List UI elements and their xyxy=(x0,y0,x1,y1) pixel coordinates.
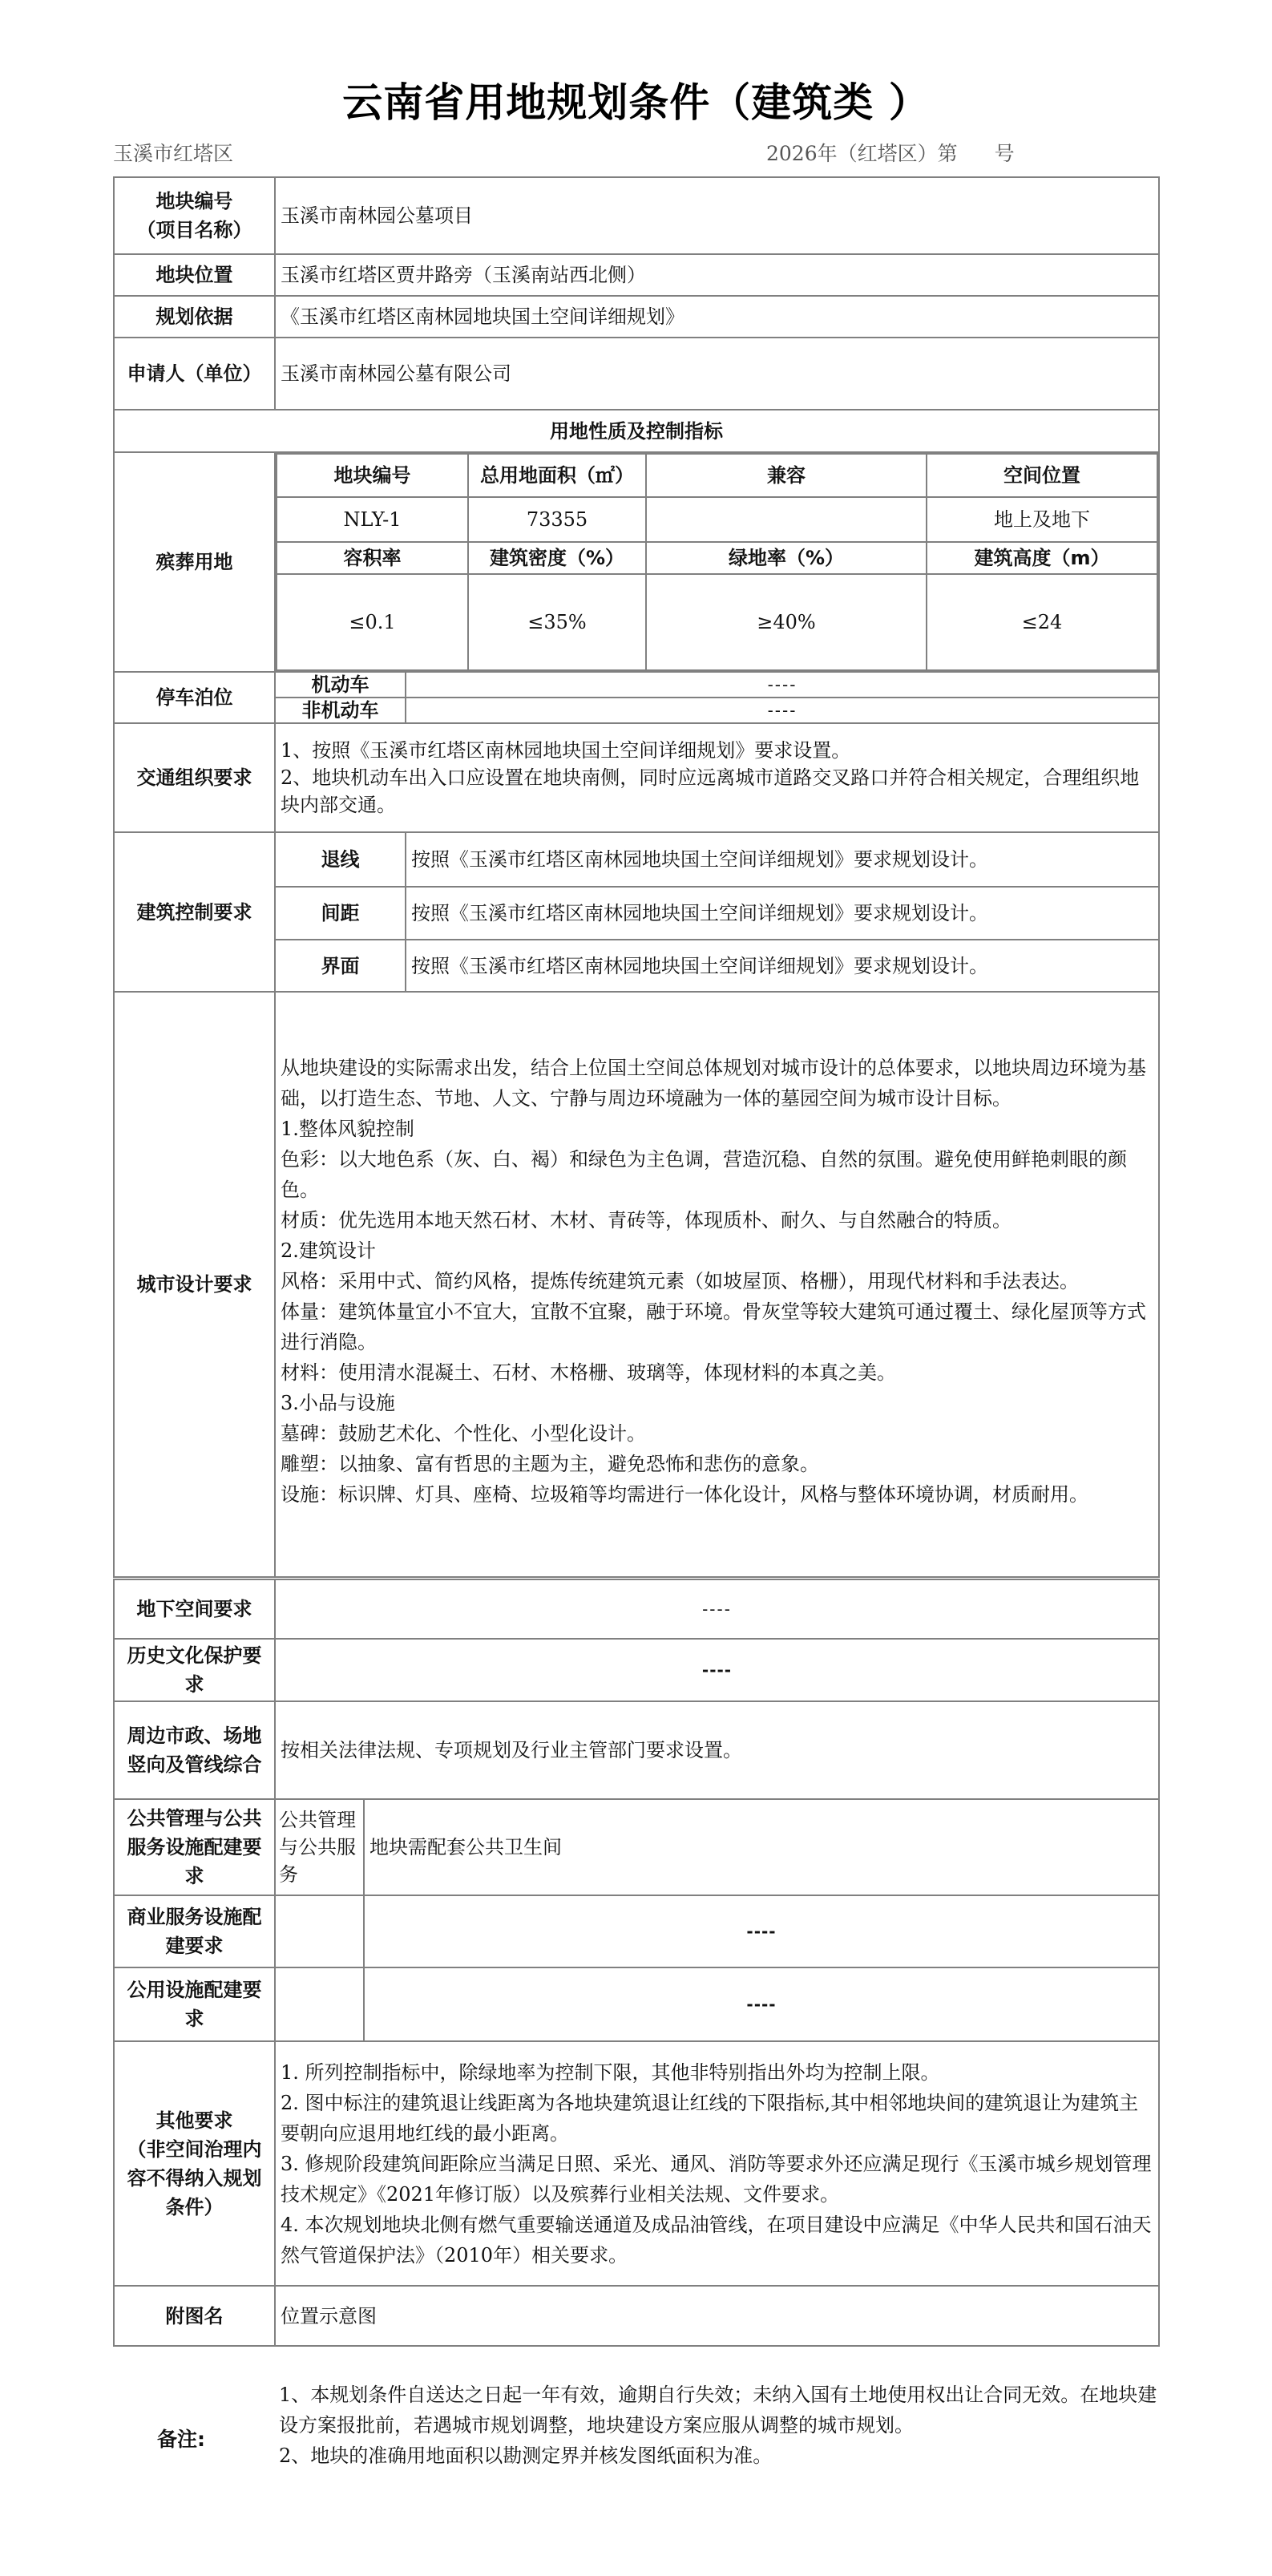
row-utility-facilities: 公用设施配建要求 ---- xyxy=(114,1967,1159,2041)
row-attachment: 附图名 位置示意图 xyxy=(114,2286,1159,2346)
row-other-requirements: 其他要求 （非空间治理内容不得纳入规划条件） 1. 所列控制指标中，除绿地率为控… xyxy=(114,2041,1159,2286)
indicator-header-row-1: 地块编号 总用地面积（㎡） 兼容 空间位置 xyxy=(277,454,1157,497)
value-spatial-position: 地上及地下 xyxy=(927,497,1157,542)
value-far: ≤0.1 xyxy=(277,574,468,670)
value-building-density: ≤35% xyxy=(468,574,646,670)
parking-nonmotor-value: ---- xyxy=(406,698,1159,723)
traffic-item: 1、按照《玉溪市红塔区南林园地块国土空间详细规划》要求设置。 xyxy=(281,737,1153,764)
public-facilities-sub-label: 公共管理与公共服务 xyxy=(275,1799,364,1895)
urban-design-paragraph: 材料：使用清水混凝土、石材、木格栅、玻璃等，体现材料的本真之美。 xyxy=(281,1357,1153,1388)
building-control-label: 建筑控制要求 xyxy=(114,832,275,992)
urban-design-paragraph: 墓碑：鼓励艺术化、个性化、小型化设计。 xyxy=(281,1418,1153,1449)
row-location: 地块位置 玉溪市红塔区贾井路旁（玉溪南站西北侧） xyxy=(114,254,1159,296)
basis-value: 《玉溪市红塔区南林园地块国土空间详细规划》 xyxy=(275,296,1159,338)
value-compatible xyxy=(646,497,927,542)
traffic-value: 1、按照《玉溪市红塔区南林园地块国土空间详细规划》要求设置。 2、地块机动车出入… xyxy=(275,723,1159,832)
other-requirement-item: 2. 图中标注的建筑退让线距离为各地块建筑退让红线的下限指标,其中相邻地块间的建… xyxy=(281,2088,1153,2149)
document-number: 2026年（红塔区）第号 xyxy=(766,138,1015,167)
attachment-label: 附图名 xyxy=(114,2286,275,2346)
other-requirement-item: 3. 修规阶段建筑间距除应当满足日照、采光、通风、消防等要求外还应满足现行《玉溪… xyxy=(281,2149,1153,2210)
location-label: 地块位置 xyxy=(114,254,275,296)
header-building-density: 建筑密度（%） xyxy=(468,542,646,574)
public-facilities-label: 公共管理与公共服务设施配建要求 xyxy=(114,1799,275,1895)
urban-design-label: 城市设计要求 xyxy=(114,992,275,1577)
header-building-height: 建筑高度（m） xyxy=(927,542,1157,574)
spacing-label: 间距 xyxy=(275,887,406,940)
value-total-area: 73355 xyxy=(468,497,646,542)
commercial-facilities-sub xyxy=(275,1895,364,1967)
municipal-label: 周边市政、场地竖向及管线综合 xyxy=(114,1701,275,1799)
indicator-header-row-2: 容积率 建筑密度（%） 绿地率（%） 建筑高度（m） xyxy=(277,542,1157,574)
underground-value: ---- xyxy=(275,1579,1159,1639)
district-label: 玉溪市红塔区 xyxy=(113,138,233,167)
traffic-item: 2、地块机动车出入口应设置在地块南侧，同时应远离城市道路交叉路口并符合相关规定，… xyxy=(281,764,1153,819)
note-item: 2、地块的准确用地面积以勘测定界并核发图纸面积为准。 xyxy=(279,2441,1161,2471)
land-use-indicators-table: 地块编号 总用地面积（㎡） 兼容 空间位置 NLY-1 73355 地上及地下 … xyxy=(276,453,1158,671)
header-far: 容积率 xyxy=(277,542,468,574)
other-requirement-item: 1. 所列控制指标中，除绿地率为控制下限，其他非特别指出外均为控制上限。 xyxy=(281,2057,1153,2088)
row-basis: 规划依据 《玉溪市红塔区南林园地块国土空间详细规划》 xyxy=(114,296,1159,338)
municipal-value: 按相关法律法规、专项规划及行业主管部门要求设置。 xyxy=(275,1701,1159,1799)
interface-label: 界面 xyxy=(275,940,406,992)
urban-design-paragraph: 体量：建筑体量宜小不宜大，宜散不宜聚，融于环境。骨灰堂等较大建筑可通过覆土、绿化… xyxy=(281,1296,1153,1357)
parking-label: 停车泊位 xyxy=(114,672,275,723)
row-land-use-header: 用地性质及控制指标 xyxy=(114,410,1159,452)
underground-label: 地下空间要求 xyxy=(114,1579,275,1639)
additional-requirements-table: 地下空间要求 ---- 历史文化保护要求 ---- 周边市政、场地竖向及管线综合… xyxy=(113,1579,1160,2347)
other-requirement-item: 4. 本次规划地块北侧有燃气重要输送通道及成品油管线，在项目建设中应满足《中华人… xyxy=(281,2210,1153,2271)
other-requirements-value: 1. 所列控制指标中，除绿地率为控制下限，其他非特别指出外均为控制上限。 2. … xyxy=(275,2041,1159,2286)
setback-value: 按照《玉溪市红塔区南林园地块国土空间详细规划》要求规划设计。 xyxy=(406,832,1159,887)
other-requirements-label: 其他要求 （非空间治理内容不得纳入规划条件） xyxy=(114,2041,275,2286)
commercial-facilities-value: ---- xyxy=(364,1895,1159,1967)
row-urban-design: 城市设计要求 从地块建设的实际需求出发，结合上位国土空间总体规划对城市设计的总体… xyxy=(114,992,1159,1577)
urban-design-paragraph: 设施：标识牌、灯具、座椅、垃圾箱等均需进行一体化设计，风格与整体环境协调，材质耐… xyxy=(281,1479,1153,1510)
project-name-label: 地块编号 （项目名称） xyxy=(114,177,275,254)
parking-nonmotor-label: 非机动车 xyxy=(275,698,406,723)
urban-design-heading: 2.建筑设计 xyxy=(281,1235,1153,1266)
document-title: 云南省用地规划条件（建筑类 ） xyxy=(0,71,1272,128)
urban-design-paragraph: 风格：采用中式、简约风格，提炼传统建筑元素（如坡屋顶、格栅），用现代材料和手法表… xyxy=(281,1266,1153,1296)
header-green-ratio: 绿地率（%） xyxy=(646,542,927,574)
utility-facilities-value: ---- xyxy=(364,1967,1159,2041)
traffic-label: 交通组织要求 xyxy=(114,723,275,832)
header-total-area: 总用地面积（㎡） xyxy=(468,454,646,497)
row-building-setback: 建筑控制要求 退线 按照《玉溪市红塔区南林园地块国土空间详细规划》要求规划设计。 xyxy=(114,832,1159,887)
value-parcel-id: NLY-1 xyxy=(277,497,468,542)
row-parking-motor: 停车泊位 机动车 ---- xyxy=(114,672,1159,698)
urban-design-value: 从地块建设的实际需求出发，结合上位国土空间总体规划对城市设计的总体要求，以地块周… xyxy=(275,992,1159,1577)
attachment-value: 位置示意图 xyxy=(275,2286,1159,2346)
urban-design-paragraph: 雕塑：以抽象、富有哲思的主题为主，避免恐怖和悲伤的意象。 xyxy=(281,1449,1153,1479)
notes-label: 备注: xyxy=(157,2424,205,2453)
header-parcel-id: 地块编号 xyxy=(277,454,468,497)
basis-label: 规划依据 xyxy=(114,296,275,338)
row-commercial-facilities: 商业服务设施配建要求 ---- xyxy=(114,1895,1159,1967)
row-underground: 地下空间要求 ---- xyxy=(114,1579,1159,1639)
location-value: 玉溪市红塔区贾井路旁（玉溪南站西北侧） xyxy=(275,254,1159,296)
land-use-category: 殡葬用地 xyxy=(114,452,275,672)
notes-text: 1、本规划条件自送达之日起一年有效，逾期自行失效；未纳入国有土地使用权出让合同无… xyxy=(279,2380,1161,2471)
indicator-value-row-1: NLY-1 73355 地上及地下 xyxy=(277,497,1157,542)
value-building-height: ≤24 xyxy=(927,574,1157,670)
row-public-facilities: 公共管理与公共服务设施配建要求 公共管理与公共服务 地块需配套公共卫生间 xyxy=(114,1799,1159,1895)
row-municipal: 周边市政、场地竖向及管线综合 按相关法律法规、专项规划及行业主管部门要求设置。 xyxy=(114,1701,1159,1799)
land-use-section-title: 用地性质及控制指标 xyxy=(114,410,1159,452)
urban-design-paragraph: 色彩：以大地色系（灰、白、褐）和绿色为主色调，营造沉稳、自然的氛围。避免使用鲜艳… xyxy=(281,1144,1153,1205)
row-heritage: 历史文化保护要求 ---- xyxy=(114,1639,1159,1701)
urban-design-heading: 1.整体风貌控制 xyxy=(281,1114,1153,1144)
public-facilities-value: 地块需配套公共卫生间 xyxy=(364,1799,1159,1895)
row-applicant: 申请人（单位） 玉溪市南林园公墓有限公司 xyxy=(114,338,1159,410)
urban-design-heading: 3.小品与设施 xyxy=(281,1388,1153,1418)
doc-number-prefix: 2026年（红塔区）第 xyxy=(766,142,958,165)
row-project-name: 地块编号 （项目名称） 玉溪市南林园公墓项目 xyxy=(114,177,1159,254)
heritage-value: ---- xyxy=(275,1639,1159,1701)
project-name-value: 玉溪市南林园公墓项目 xyxy=(275,177,1159,254)
spacing-value: 按照《玉溪市红塔区南林园地块国土空间详细规划》要求规划设计。 xyxy=(406,887,1159,940)
setback-label: 退线 xyxy=(275,832,406,887)
value-green-ratio: ≥40% xyxy=(646,574,927,670)
commercial-facilities-label: 商业服务设施配建要求 xyxy=(114,1895,275,1967)
note-item: 1、本规划条件自送达之日起一年有效，逾期自行失效；未纳入国有土地使用权出让合同无… xyxy=(279,2380,1161,2441)
parking-motor-value: ---- xyxy=(406,672,1159,698)
heritage-label: 历史文化保护要求 xyxy=(114,1639,275,1701)
utility-facilities-label: 公用设施配建要求 xyxy=(114,1967,275,2041)
parking-motor-label: 机动车 xyxy=(275,672,406,698)
applicant-label: 申请人（单位） xyxy=(114,338,275,410)
land-use-indicators-cell: 地块编号 总用地面积（㎡） 兼容 空间位置 NLY-1 73355 地上及地下 … xyxy=(275,452,1159,672)
header-compatible: 兼容 xyxy=(646,454,927,497)
row-land-use: 殡葬用地 地块编号 总用地面积（㎡） 兼容 空间位置 NLY-1 73355 地… xyxy=(114,452,1159,672)
applicant-value: 玉溪市南林园公墓有限公司 xyxy=(275,338,1159,410)
header-spatial-position: 空间位置 xyxy=(927,454,1157,497)
indicator-value-row-2: ≤0.1 ≤35% ≥40% ≤24 xyxy=(277,574,1157,670)
doc-number-suffix: 号 xyxy=(995,142,1015,165)
urban-design-paragraph: 从地块建设的实际需求出发，结合上位国土空间总体规划对城市设计的总体要求，以地块周… xyxy=(281,1053,1153,1114)
planning-conditions-table: 地块编号 （项目名称） 玉溪市南林园公墓项目 地块位置 玉溪市红塔区贾井路旁（玉… xyxy=(113,176,1160,1578)
urban-design-paragraph: 材质：优先选用本地天然石材、木材、青砖等，体现质朴、耐久、与自然融合的特质。 xyxy=(281,1205,1153,1235)
interface-value: 按照《玉溪市红塔区南林园地块国土空间详细规划》要求规划设计。 xyxy=(406,940,1159,992)
utility-facilities-sub xyxy=(275,1967,364,2041)
row-traffic: 交通组织要求 1、按照《玉溪市红塔区南林园地块国土空间详细规划》要求设置。 2、… xyxy=(114,723,1159,832)
